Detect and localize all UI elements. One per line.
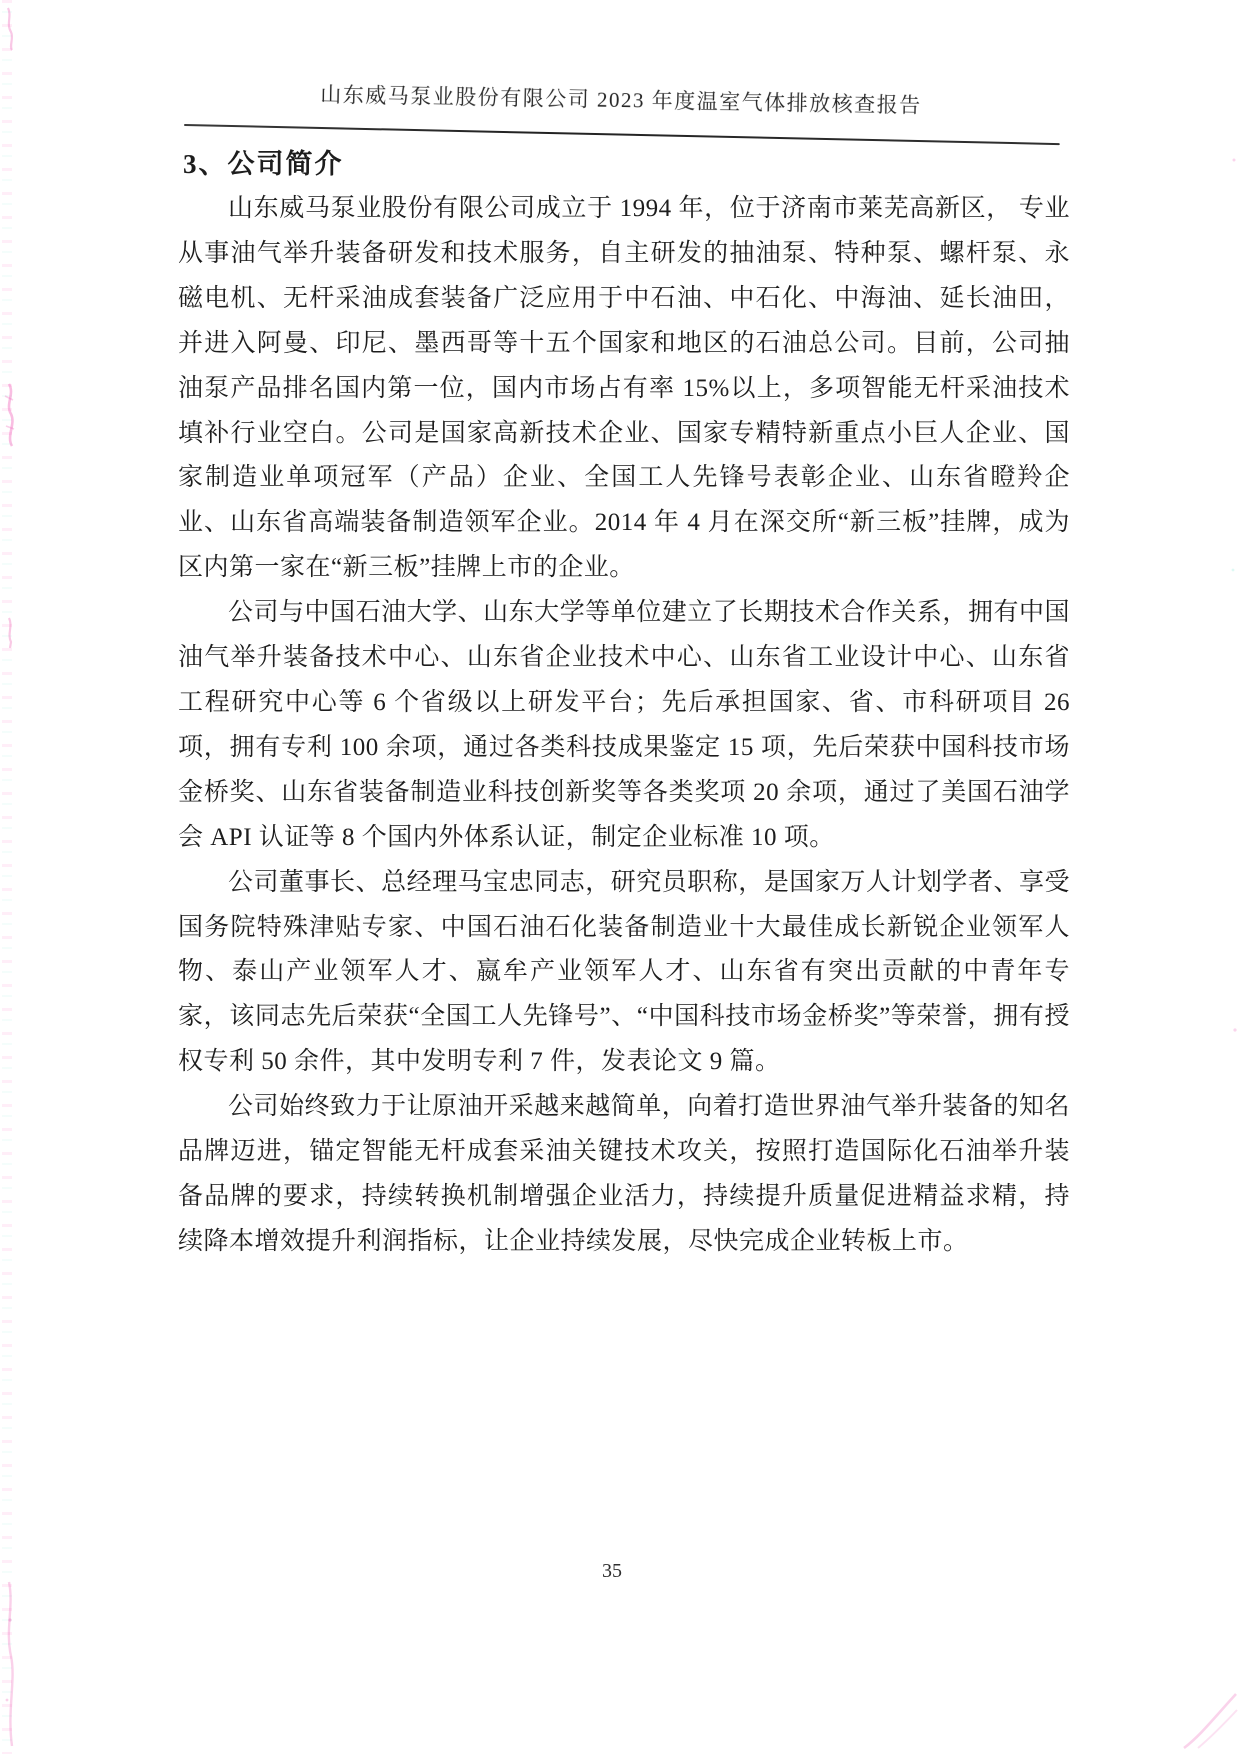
scan-artifact-bottom-left (1, 1580, 23, 1750)
section-heading-company-profile: 3、公司简介 (183, 142, 344, 181)
company-profile-body: 山东威马泵业股份有限公司成立于 1994 年，位于济南市莱芜高新区， 专业从事油… (178, 187, 1070, 1265)
scan-artifact-right-edge-dot (1228, 150, 1240, 1050)
page-number: 35 (0, 1560, 1224, 1583)
scan-artifact-bottom-right (1180, 1688, 1240, 1752)
scan-artifact-left-edge (2, 0, 12, 1754)
scanned-report-page: 山东威马泵业股份有限公司 2023 年度温室气体排放核查报告 3、公司简介 山东… (0, 0, 1242, 1754)
paragraph-company-overview: 山东威马泵业股份有限公司成立于 1994 年，位于济南市莱芜高新区， 专业从事油… (178, 187, 1070, 591)
scan-artifact-left-mid (2, 616, 18, 650)
scan-artifact-left-squiggle (1, 382, 21, 448)
paragraph-rd-platforms-awards: 公司与中国石油大学、山东大学等单位建立了长期技术合作关系，拥有中国油气举升装备技… (178, 591, 1070, 860)
report-header-title: 山东威马泵业股份有限公司 2023 年度温室气体排放核查报告 (0, 73, 1242, 126)
paragraph-chairman-honors: 公司董事长、总经理马宝忠同志，研究员职称，是国家万人计划学者、享受国务院特殊津贴… (178, 861, 1070, 1086)
paragraph-company-vision: 公司始终致力于让原油开采越来越简单，向着打造世界油气举升装备的知名品牌迈进，锚定… (178, 1085, 1070, 1265)
scan-artifact-top-left (2, 6, 28, 52)
